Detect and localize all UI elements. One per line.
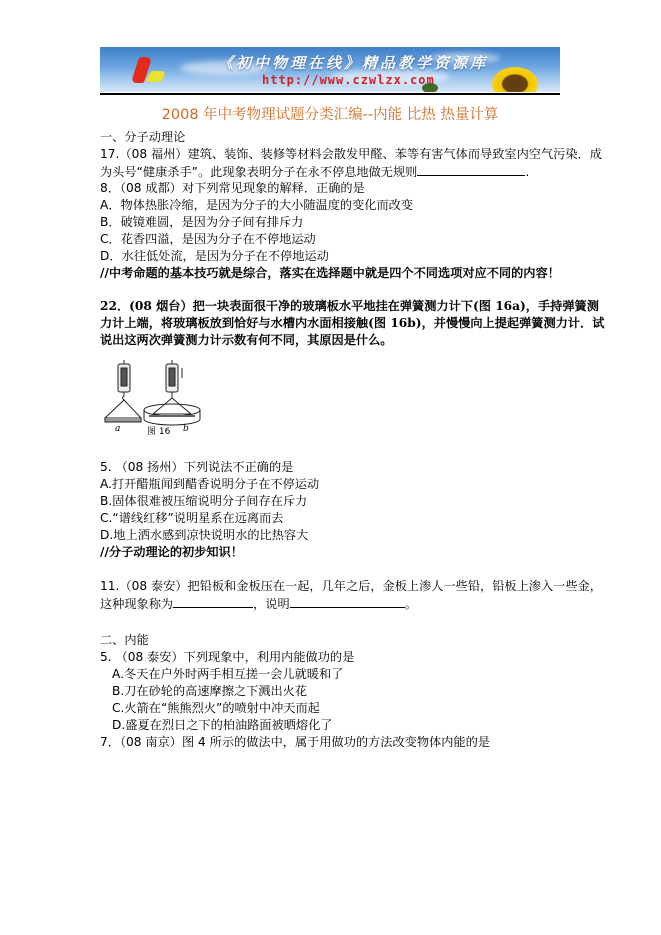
- banner-slogan: 《初中物理在线》精品教学资源库: [218, 52, 488, 73]
- question-22-line1: 22．(08 烟台）把一块表面很干净的玻璃板水平地挂在弹簧测力计下(图 16a)…: [100, 298, 599, 314]
- question-11-text-a: 这种现象称为: [100, 597, 173, 611]
- question-5-yangzhou-option-c: C.“谱线红移”说明星系在远离而去: [100, 510, 283, 526]
- sunflower-icon: [492, 67, 538, 92]
- section-heading: 二、内能: [100, 632, 149, 648]
- question-8-option-b: B．破镜难圆，是因为分子间有排斥力: [100, 214, 303, 230]
- question-5-yangzhou-option-a: A.打开醋瓶闻到醋香说明分子在不停运动: [100, 476, 319, 492]
- figure-caption: 图 16: [147, 424, 170, 437]
- figure-label-a: a: [115, 424, 120, 434]
- question-8-note: //中考命题的基本技巧就是综合，落实在选择题中就是四个不同选项对应不同的内容！: [100, 265, 560, 281]
- answer-blank: [417, 163, 525, 176]
- question-11-text-b: ，说明: [253, 597, 290, 611]
- question-17-line1: 17.（08 福州）建筑、装饰、装修等材料会散发甲醛、苯等有害气体而导致室内空气…: [100, 146, 602, 162]
- question-5-taian-option-c: C.火箭在“熊熊烈火”的喷射中冲天而起: [112, 700, 320, 716]
- leaf-decoration: [422, 83, 438, 92]
- question-5-taian-option-a: A.冬天在户外时两手相互搓一会儿就暖和了: [112, 666, 343, 682]
- question-22-line3: 说出这两次弹簧测力计示数有何不同，其原因是什么。: [100, 332, 393, 348]
- question-8-option-a: A．物体热胀冷缩，是因为分子的大小随温度的变化而改变: [100, 197, 413, 213]
- figure-label-b: b: [183, 424, 189, 434]
- question-11-line2: 这种现象称为，说明。: [100, 595, 417, 612]
- question-8-stem: 8．（08 成都）对下列常见现象的解释．正确的是: [100, 180, 365, 196]
- question-5-yangzhou-note: //分子动理论的初步知识！: [100, 544, 243, 560]
- question-5-taian-option-d: D.盛夏在烈日之下的柏油路面被晒熔化了: [112, 717, 332, 733]
- question-8-option-d: D．水往低处流，是因为分子在不停地运动: [100, 248, 329, 264]
- question-5-taian-option-b: B.刀在砂轮的高速摩擦之下溅出火花: [112, 683, 307, 699]
- section-heading: 一、分子动理论: [100, 129, 185, 145]
- banner-divider: [100, 93, 560, 95]
- site-banner: 《初中物理在线》精品教学资源库 http://www.czwlzx.com: [100, 47, 560, 92]
- question-5-taian-stem: 5. （08 泰安）下列现象中，利用内能做功的是: [100, 649, 354, 665]
- question-5-yangzhou-option-b: B.固体很难被压缩说明分子间存在斥力: [100, 493, 307, 509]
- question-5-yangzhou-stem: 5. （08 扬州）下列说法不正确的是: [100, 459, 293, 475]
- page-title: 2008 年中考物理试题分类汇编--内能 比热 热量计算: [100, 103, 560, 124]
- question-11-line1: 11.（08 泰安）把铅板和金板压在一起，几年之后，金板上渗人一些铅，铅板上渗入…: [100, 578, 602, 594]
- question-11-end: 。: [405, 597, 417, 611]
- question-17-line2: 为头号“健康杀手”。此现象表明分子在永不停息地做无规则.: [100, 163, 529, 180]
- question-5-yangzhou-option-d: D.地上洒水感到凉快说明水的比热容大: [100, 527, 308, 543]
- banner-url: http://www.czwlzx.com: [262, 73, 435, 87]
- answer-blank: [173, 595, 253, 608]
- question-17-text: 为头号“健康杀手”。此现象表明分子在永不停息地做无规则: [100, 165, 417, 179]
- question-22-line2: 力计上端，将玻璃板放到恰好与水槽内水面相接触(图 16b)，并慢慢向上提起弹簧测…: [100, 315, 604, 331]
- question-8-option-c: C．花香四溢，是因为分子在不停地运动: [100, 231, 316, 247]
- question-17-end: .: [525, 165, 529, 179]
- logo-icon: [145, 71, 167, 82]
- answer-blank: [290, 595, 405, 608]
- figure-16: a 图 16 b: [101, 358, 216, 438]
- question-7-stem: 7．（08 南京）图 4 所示的做法中，属于用做功的方法改变物体内能的是: [100, 734, 490, 750]
